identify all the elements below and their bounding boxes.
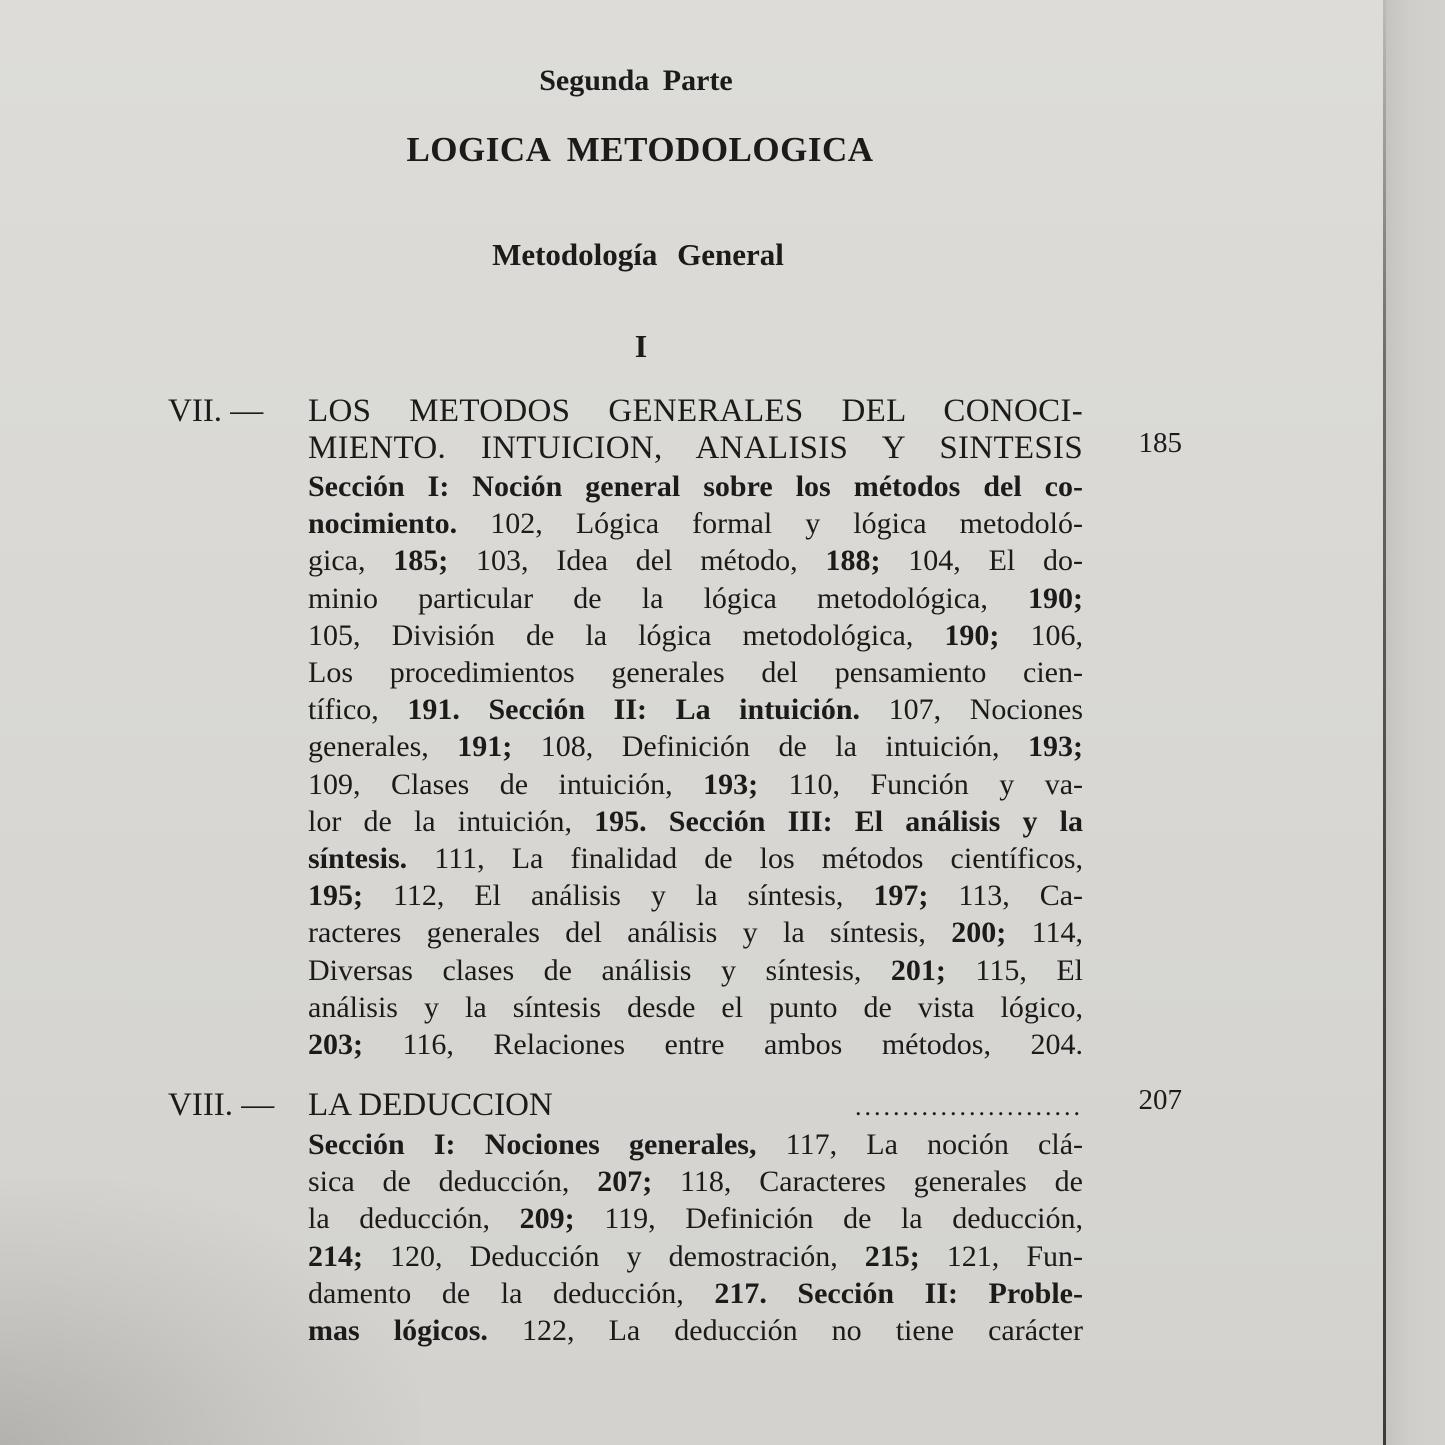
text-run: 122, La deducción no tiene carácter (488, 1314, 1083, 1347)
contents-line: 214; 120, Deducción y demostración, 215;… (308, 1238, 1083, 1275)
bold-run: nocimiento. (308, 507, 457, 540)
contents-line: Diversas clases de análisis y síntesis, … (308, 952, 1083, 989)
adjacent-page (1386, 0, 1445, 1445)
text-run: 119, Definición de la deducción, (575, 1202, 1083, 1235)
text-run: 104, El do- (880, 544, 1083, 577)
bold-run: 197; (873, 879, 928, 912)
book-page: Segunda Parte LOGICA METODOLOGICA Metodo… (0, 0, 1385, 1445)
chapter-contents: Sección I: Nociones generales, 117, La n… (308, 1126, 1083, 1349)
bold-run: síntesis. (308, 842, 407, 875)
chapter-title-line: MIENTO. INTUICION, ANALISIS Y SINTESIS (308, 430, 1083, 467)
text-run: 110, Función y va- (758, 768, 1083, 801)
text-run: 120, Deducción y demostración, (363, 1240, 865, 1273)
contents-line: síntesis. 111, La finalidad de los métod… (308, 840, 1083, 877)
text-run: tífico, (308, 693, 407, 726)
bold-run: 195; (308, 879, 363, 912)
text-run: la deducción, (308, 1202, 520, 1235)
text-run: 108, Definición de la intuición, (512, 730, 1028, 763)
bold-run: 185; (393, 544, 448, 577)
chapter-title: LOS METODOS GENERALES DEL CONOCI- MIENTO… (308, 393, 1083, 467)
text-run: 109, Clases de intuición, (308, 768, 703, 801)
text-run: 105, División de la lógica metodológica, (308, 619, 944, 652)
text-run: damento de la deducción, (308, 1277, 714, 1310)
contents-line: Los procedimientos generales del pensami… (308, 654, 1083, 691)
part-title: LOGICA METODOLOGICA (406, 130, 873, 170)
text-run: minio particular de la lógica metodológi… (308, 582, 1028, 615)
contents-line: Sección I: Noción general sobre los méto… (308, 468, 1083, 505)
bold-run: 188; (825, 544, 880, 577)
text-run: Diversas clases de análisis y síntesis, (308, 954, 891, 987)
text-run: 115, El (946, 954, 1083, 987)
bold-run: 191. Sección II: La intuición. (407, 693, 860, 726)
bold-run: 200; (951, 916, 1006, 949)
chapter-number: VIII. — (168, 1087, 274, 1124)
bold-run: 191; (457, 730, 512, 763)
text-run: 106, (999, 619, 1083, 652)
bold-run: 201; (891, 954, 946, 987)
contents-line: Sección I: Nociones generales, 117, La n… (308, 1126, 1083, 1163)
bold-run: 207; (597, 1165, 652, 1198)
contents-line: análisis y la síntesis desde el punto de… (308, 989, 1083, 1026)
chapter-contents: Sección I: Noción general sobre los méto… (308, 468, 1083, 1063)
entry-body: LOS METODOS GENERALES DEL CONOCI- MIENTO… (308, 393, 1083, 1063)
part-heading: Segunda Parte (539, 64, 733, 98)
bold-run: 215; (865, 1240, 920, 1273)
text-run: 118, Caracteres generales de (652, 1165, 1083, 1198)
bold-run: 193; (703, 768, 758, 801)
chapter-title-line: LOS METODOS GENERALES DEL CONOCI- (308, 393, 1083, 430)
subtitle-heading: Metodología General (492, 237, 784, 273)
contents-line: 105, División de la lógica metodológica,… (308, 617, 1083, 654)
bold-run: 203; (308, 1028, 363, 1061)
bold-run: Sección I: Nociones generales, (308, 1128, 756, 1161)
text-run: Los procedimientos generales del pensami… (308, 656, 1083, 689)
text-run: análisis y la síntesis desde el punto de… (308, 991, 1083, 1024)
text-run: 117, La noción clá- (756, 1128, 1083, 1161)
page-number: 185 (1139, 427, 1183, 460)
text-run: 114, (1006, 916, 1083, 949)
chapter-number: VII. — (168, 393, 263, 430)
text-run: 102, Lógica formal y lógica metodoló- (457, 507, 1083, 540)
contents-line: racteres generales del análisis y la sín… (308, 914, 1083, 951)
entry-body: LA DEDUCCION ........................ Se… (308, 1087, 1083, 1349)
bold-run: 214; (308, 1240, 363, 1273)
bold-run: mas lógicos. (308, 1314, 488, 1347)
contents-line: mas lógicos. 122, La deducción no tiene … (308, 1312, 1083, 1349)
contents-line: nocimiento. 102, Lógica formal y lógica … (308, 505, 1083, 542)
contents-line: tífico, 191. Sección II: La intuición. 1… (308, 691, 1083, 728)
bold-run: 193; (1028, 730, 1083, 763)
contents-line: sica de deducción, 207; 118, Caracteres … (308, 1163, 1083, 1200)
text-run: sica de deducción, (308, 1165, 597, 1198)
contents-line: minio particular de la lógica metodológi… (308, 580, 1083, 617)
contents-line: damento de la deducción, 217. Sección II… (308, 1275, 1083, 1312)
text-run: 103, Idea del método, (448, 544, 825, 577)
text-run: 116, Relaciones entre ambos métodos, 204… (363, 1028, 1083, 1061)
bold-run: Sección I: Noción general sobre los méto… (308, 470, 1083, 503)
chapter-title-row: LA DEDUCCION ........................ (308, 1087, 1083, 1125)
text-run: 112, El análisis y la síntesis, (363, 879, 873, 912)
bold-run: 209; (520, 1202, 575, 1235)
text-run: racteres generales del análisis y la sín… (308, 916, 951, 949)
bold-run: 190; (1028, 582, 1083, 615)
contents-line: 109, Clases de intuición, 193; 110, Func… (308, 766, 1083, 803)
chapter-title: LA DEDUCCION (308, 1087, 553, 1124)
bold-run: 195. Sección III: El análisis y la (594, 805, 1083, 838)
contents-line: lor de la intuición, 195. Sección III: E… (308, 803, 1083, 840)
text-run: gica, (308, 544, 393, 577)
contents-line: generales, 191; 108, Definición de la in… (308, 728, 1083, 765)
bold-run: 217. Sección II: Proble- (714, 1277, 1083, 1310)
contents-line: 195; 112, El análisis y la síntesis, 197… (308, 877, 1083, 914)
contents-line: 203; 116, Relaciones entre ambos métodos… (308, 1026, 1083, 1063)
text-run: 113, Ca- (928, 879, 1083, 912)
contents-line: gica, 185; 103, Idea del método, 188; 10… (308, 542, 1083, 579)
text-run: lor de la intuición, (308, 805, 594, 838)
page-number: 207 (1139, 1084, 1183, 1117)
text-run: 107, Nociones (860, 693, 1083, 726)
text-run: 111, La finalidad de los métodos científ… (407, 842, 1083, 875)
text-run: generales, (308, 730, 457, 763)
dot-leader: ........................ (573, 1088, 1083, 1125)
text-run: 121, Fun- (920, 1240, 1083, 1273)
contents-line: la deducción, 209; 119, Definición de la… (308, 1200, 1083, 1237)
bold-run: 190; (944, 619, 999, 652)
section-roman-numeral: I (635, 328, 647, 365)
